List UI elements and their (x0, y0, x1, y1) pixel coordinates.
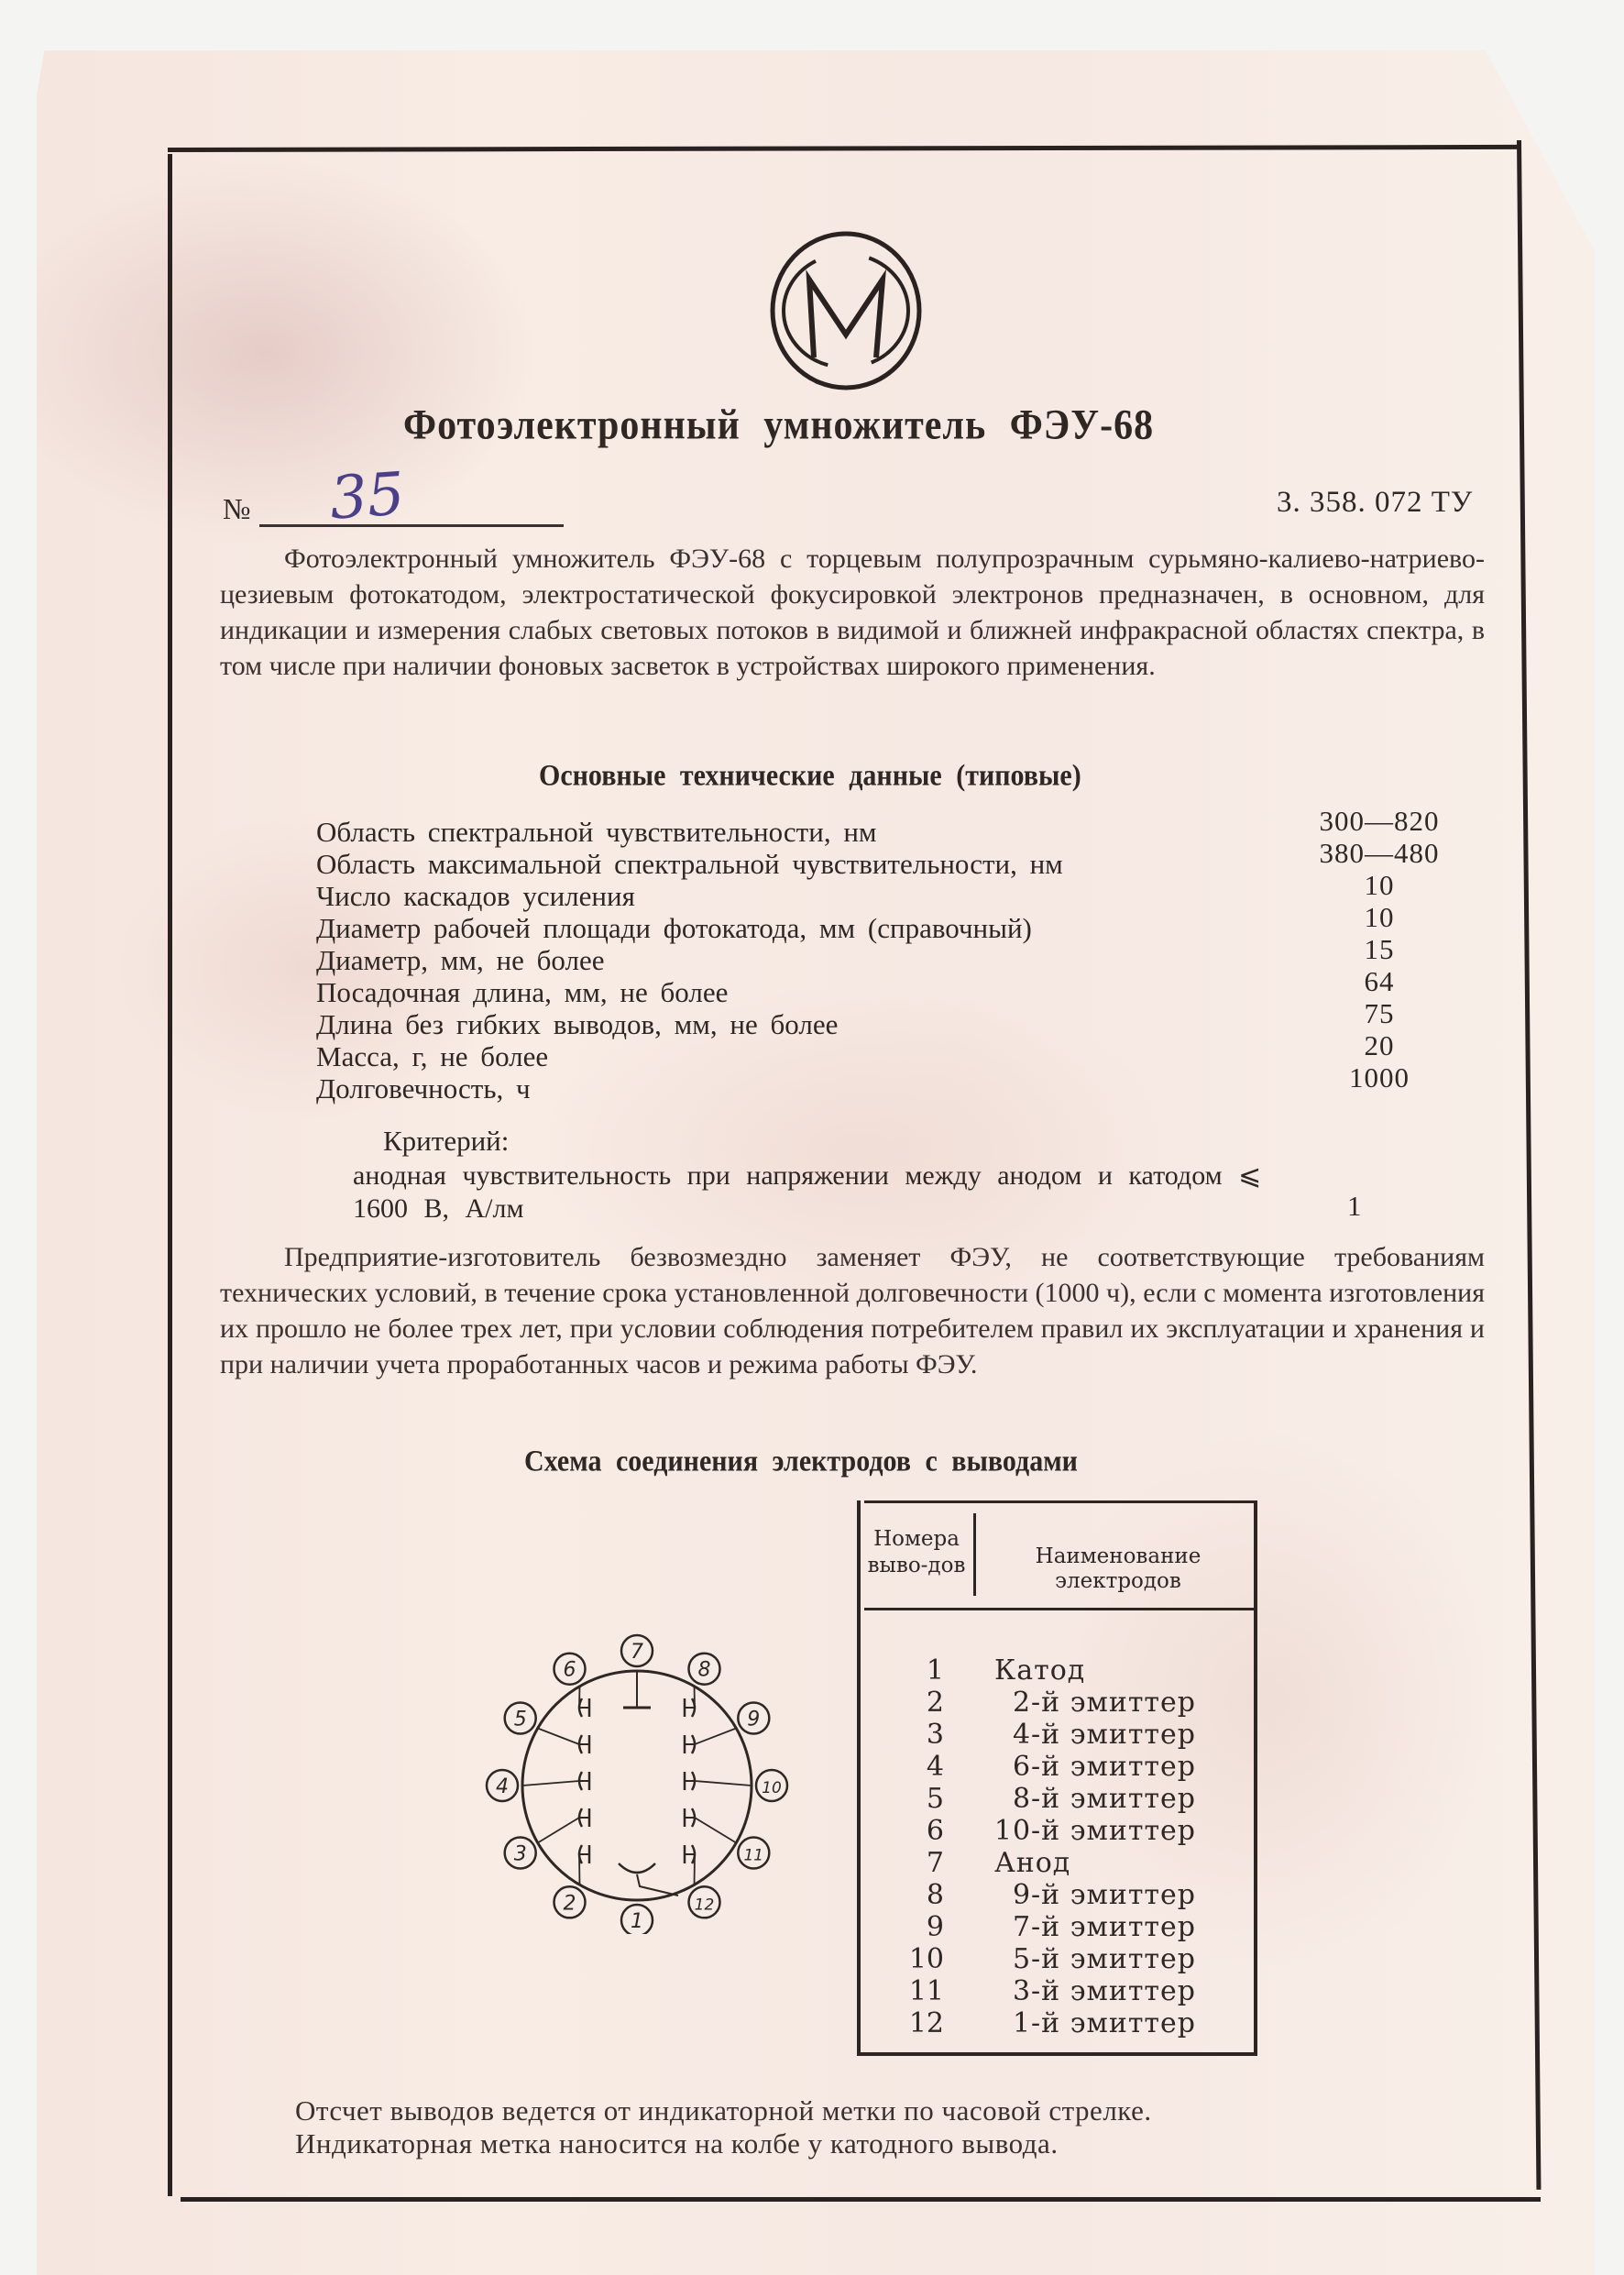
pin-number: 12 (909, 2007, 944, 2039)
table-body: 1Катод22-й эмиттер34-й эмиттер46-й эмитт… (875, 1654, 1251, 2039)
table-row: 7Анод (875, 1847, 1251, 1879)
spec-label: Число каскадов усиления (316, 880, 635, 912)
spec-label: Длина без гибких выводов, мм, не более (316, 1008, 838, 1040)
spec-value: 10 (1306, 901, 1453, 934)
spec-value: 380—480 (1306, 837, 1453, 870)
electrode-name: Анод (994, 1847, 1070, 1879)
spec-row: Область спектральной чувствительности, н… (316, 816, 1453, 848)
svg-text:10: 10 (762, 1779, 782, 1797)
svg-text:11: 11 (743, 1847, 763, 1865)
intro-text: Фотоэлектронный умножитель ФЭУ-68 с торц… (220, 544, 1485, 681)
spec-value: 300—820 (1306, 805, 1453, 838)
footnote-line-1: Отсчет выводов ведется от индикаторной м… (295, 2094, 1152, 2127)
table-row: 89-й эмиттер (875, 1879, 1251, 1911)
pin-number: 3 (927, 1719, 944, 1751)
pin-number: 4 (927, 1751, 944, 1783)
spec-label: Область максимальной спектральной чувств… (316, 848, 1063, 880)
electrode-name: Катод (994, 1654, 1085, 1687)
pin-number: 2 (927, 1687, 944, 1719)
electrode-name: 4-й эмиттер (958, 1719, 1196, 1751)
table-header-pin-numbers: Номера выво-дов (862, 1526, 971, 1579)
pin-number: 8 (927, 1879, 944, 1911)
border-frame-bottom (181, 2197, 1541, 2202)
table-header-divider (864, 1608, 1257, 1610)
serial-number-underline (259, 524, 564, 527)
spec-value: 20 (1306, 1029, 1453, 1062)
electrode-name: 7-й эмиттер (958, 1911, 1196, 1943)
pin-number: 6 (927, 1815, 944, 1847)
svg-text:6: 6 (564, 1659, 576, 1682)
spec-row: Масса, г, не более20 (316, 1040, 1453, 1072)
table-row: 121-й эмиттер (875, 2007, 1251, 2039)
spec-label: Диаметр, мм, не более (316, 944, 604, 976)
svg-text:3: 3 (514, 1843, 527, 1866)
svg-text:7: 7 (631, 1641, 643, 1664)
specs-list: Область спектральной чувствительности, н… (316, 816, 1453, 1105)
svg-text:12: 12 (695, 1896, 715, 1914)
spec-label: Масса, г, не более (316, 1040, 548, 1072)
serial-number-label: № (223, 492, 251, 526)
svg-text:4: 4 (496, 1775, 509, 1798)
serial-number-handwritten: 35 (328, 460, 407, 533)
spec-row: Длина без гибких выводов, мм, не более75 (316, 1008, 1453, 1040)
criterion-text: анодная чувствительность при напряжении … (353, 1159, 1324, 1225)
table-row: 22-й эмиттер (875, 1687, 1251, 1719)
electrode-name: 8-й эмиттер (958, 1783, 1196, 1815)
spec-value: 15 (1306, 933, 1453, 966)
table-row: 46-й эмиттер (875, 1751, 1251, 1783)
warranty-paragraph: Предприятие-изготовитель безвозмездно за… (220, 1239, 1485, 1382)
table-column-divider (973, 1513, 976, 1596)
technical-spec-code: 3. 358. 072 ТУ (1277, 486, 1473, 520)
pin-table: Номера выво-дов Наименование электродов … (857, 1500, 1257, 2056)
spec-row: Посадочная длина, мм, не более64 (316, 976, 1453, 1008)
pin-number: 9 (927, 1911, 944, 1943)
svg-text:8: 8 (698, 1659, 711, 1682)
footnote-line-2: Индикаторная метка наносится на колбе у … (295, 2127, 1152, 2160)
spec-row: Число каскадов усиления10 (316, 880, 1453, 912)
circle-m-logo-icon (768, 229, 924, 392)
table-row: 113-й эмиттер (875, 1975, 1251, 2007)
pin-number: 7 (927, 1847, 944, 1879)
spec-label: Посадочная длина, мм, не более (316, 976, 728, 1008)
table-header-electrode-names: Наименование электродов (981, 1544, 1256, 1594)
spec-label: Долговечность, ч (316, 1072, 531, 1105)
electrode-name: 10-й эмиттер (958, 1815, 1196, 1847)
electrode-name: 1-й эмиттер (958, 2007, 1196, 2039)
spec-value: 10 (1306, 869, 1453, 902)
table-row: 58-й эмиттер (875, 1783, 1251, 1815)
pin-number: 11 (909, 1975, 944, 2007)
criterion-value: 1 (1347, 1190, 1362, 1223)
spec-row: Долговечность, ч1000 (316, 1072, 1453, 1105)
border-frame-left (168, 154, 172, 2196)
spec-row: Диаметр рабочей площади фотокатода, мм (… (316, 912, 1453, 944)
criterion-label: Критерий: (383, 1125, 509, 1158)
spec-value: 1000 (1306, 1061, 1453, 1094)
svg-text:5: 5 (514, 1709, 527, 1731)
document-title: Фотоэлектронный умножитель ФЭУ-68 (403, 401, 1320, 450)
electrode-name: 5-й эмиттер (958, 1943, 1196, 1975)
pin-connection-diagram: 123456789101112 (477, 1622, 797, 1934)
spec-value: 75 (1306, 997, 1453, 1030)
table-row: 105-й эмиттер (875, 1943, 1251, 1975)
specs-heading: Основные технические данные (типовые) (539, 760, 1081, 794)
pin-number: 5 (927, 1783, 944, 1815)
svg-text:9: 9 (747, 1709, 760, 1731)
schema-heading: Схема соединения электродов с выводами (524, 1445, 1078, 1479)
table-row: 610-й эмиттер (875, 1815, 1251, 1847)
spec-row: Диаметр, мм, не более15 (316, 944, 1453, 976)
pin-number: 10 (909, 1943, 944, 1975)
electrode-name: 6-й эмиттер (958, 1751, 1196, 1783)
svg-text:2: 2 (564, 1892, 576, 1915)
table-border-top (864, 1500, 1257, 1503)
table-row: 1Катод (875, 1654, 1251, 1687)
warranty-text: Предприятие-изготовитель безвозмездно за… (220, 1242, 1485, 1379)
intro-paragraph: Фотоэлектронный умножитель ФЭУ-68 с торц… (220, 541, 1485, 684)
table-border-bottom (857, 2052, 1257, 2056)
spec-value: 64 (1306, 965, 1453, 998)
pin-number: 1 (927, 1654, 944, 1687)
spec-label: Область спектральной чувствительности, н… (316, 816, 877, 848)
spec-label: Диаметр рабочей площади фотокатода, мм (… (316, 912, 1032, 944)
table-row: 34-й эмиттер (875, 1719, 1251, 1751)
footnote: Отсчет выводов ведется от индикаторной м… (295, 2094, 1152, 2160)
table-row: 97-й эмиттер (875, 1911, 1251, 1943)
spec-row: Область максимальной спектральной чувств… (316, 848, 1453, 880)
electrode-name: 9-й эмиттер (958, 1879, 1196, 1911)
electrode-name: 3-й эмиттер (958, 1975, 1196, 2007)
electrode-name: 2-й эмиттер (958, 1687, 1196, 1719)
svg-text:1: 1 (631, 1910, 643, 1933)
table-border-left (857, 1500, 861, 2056)
